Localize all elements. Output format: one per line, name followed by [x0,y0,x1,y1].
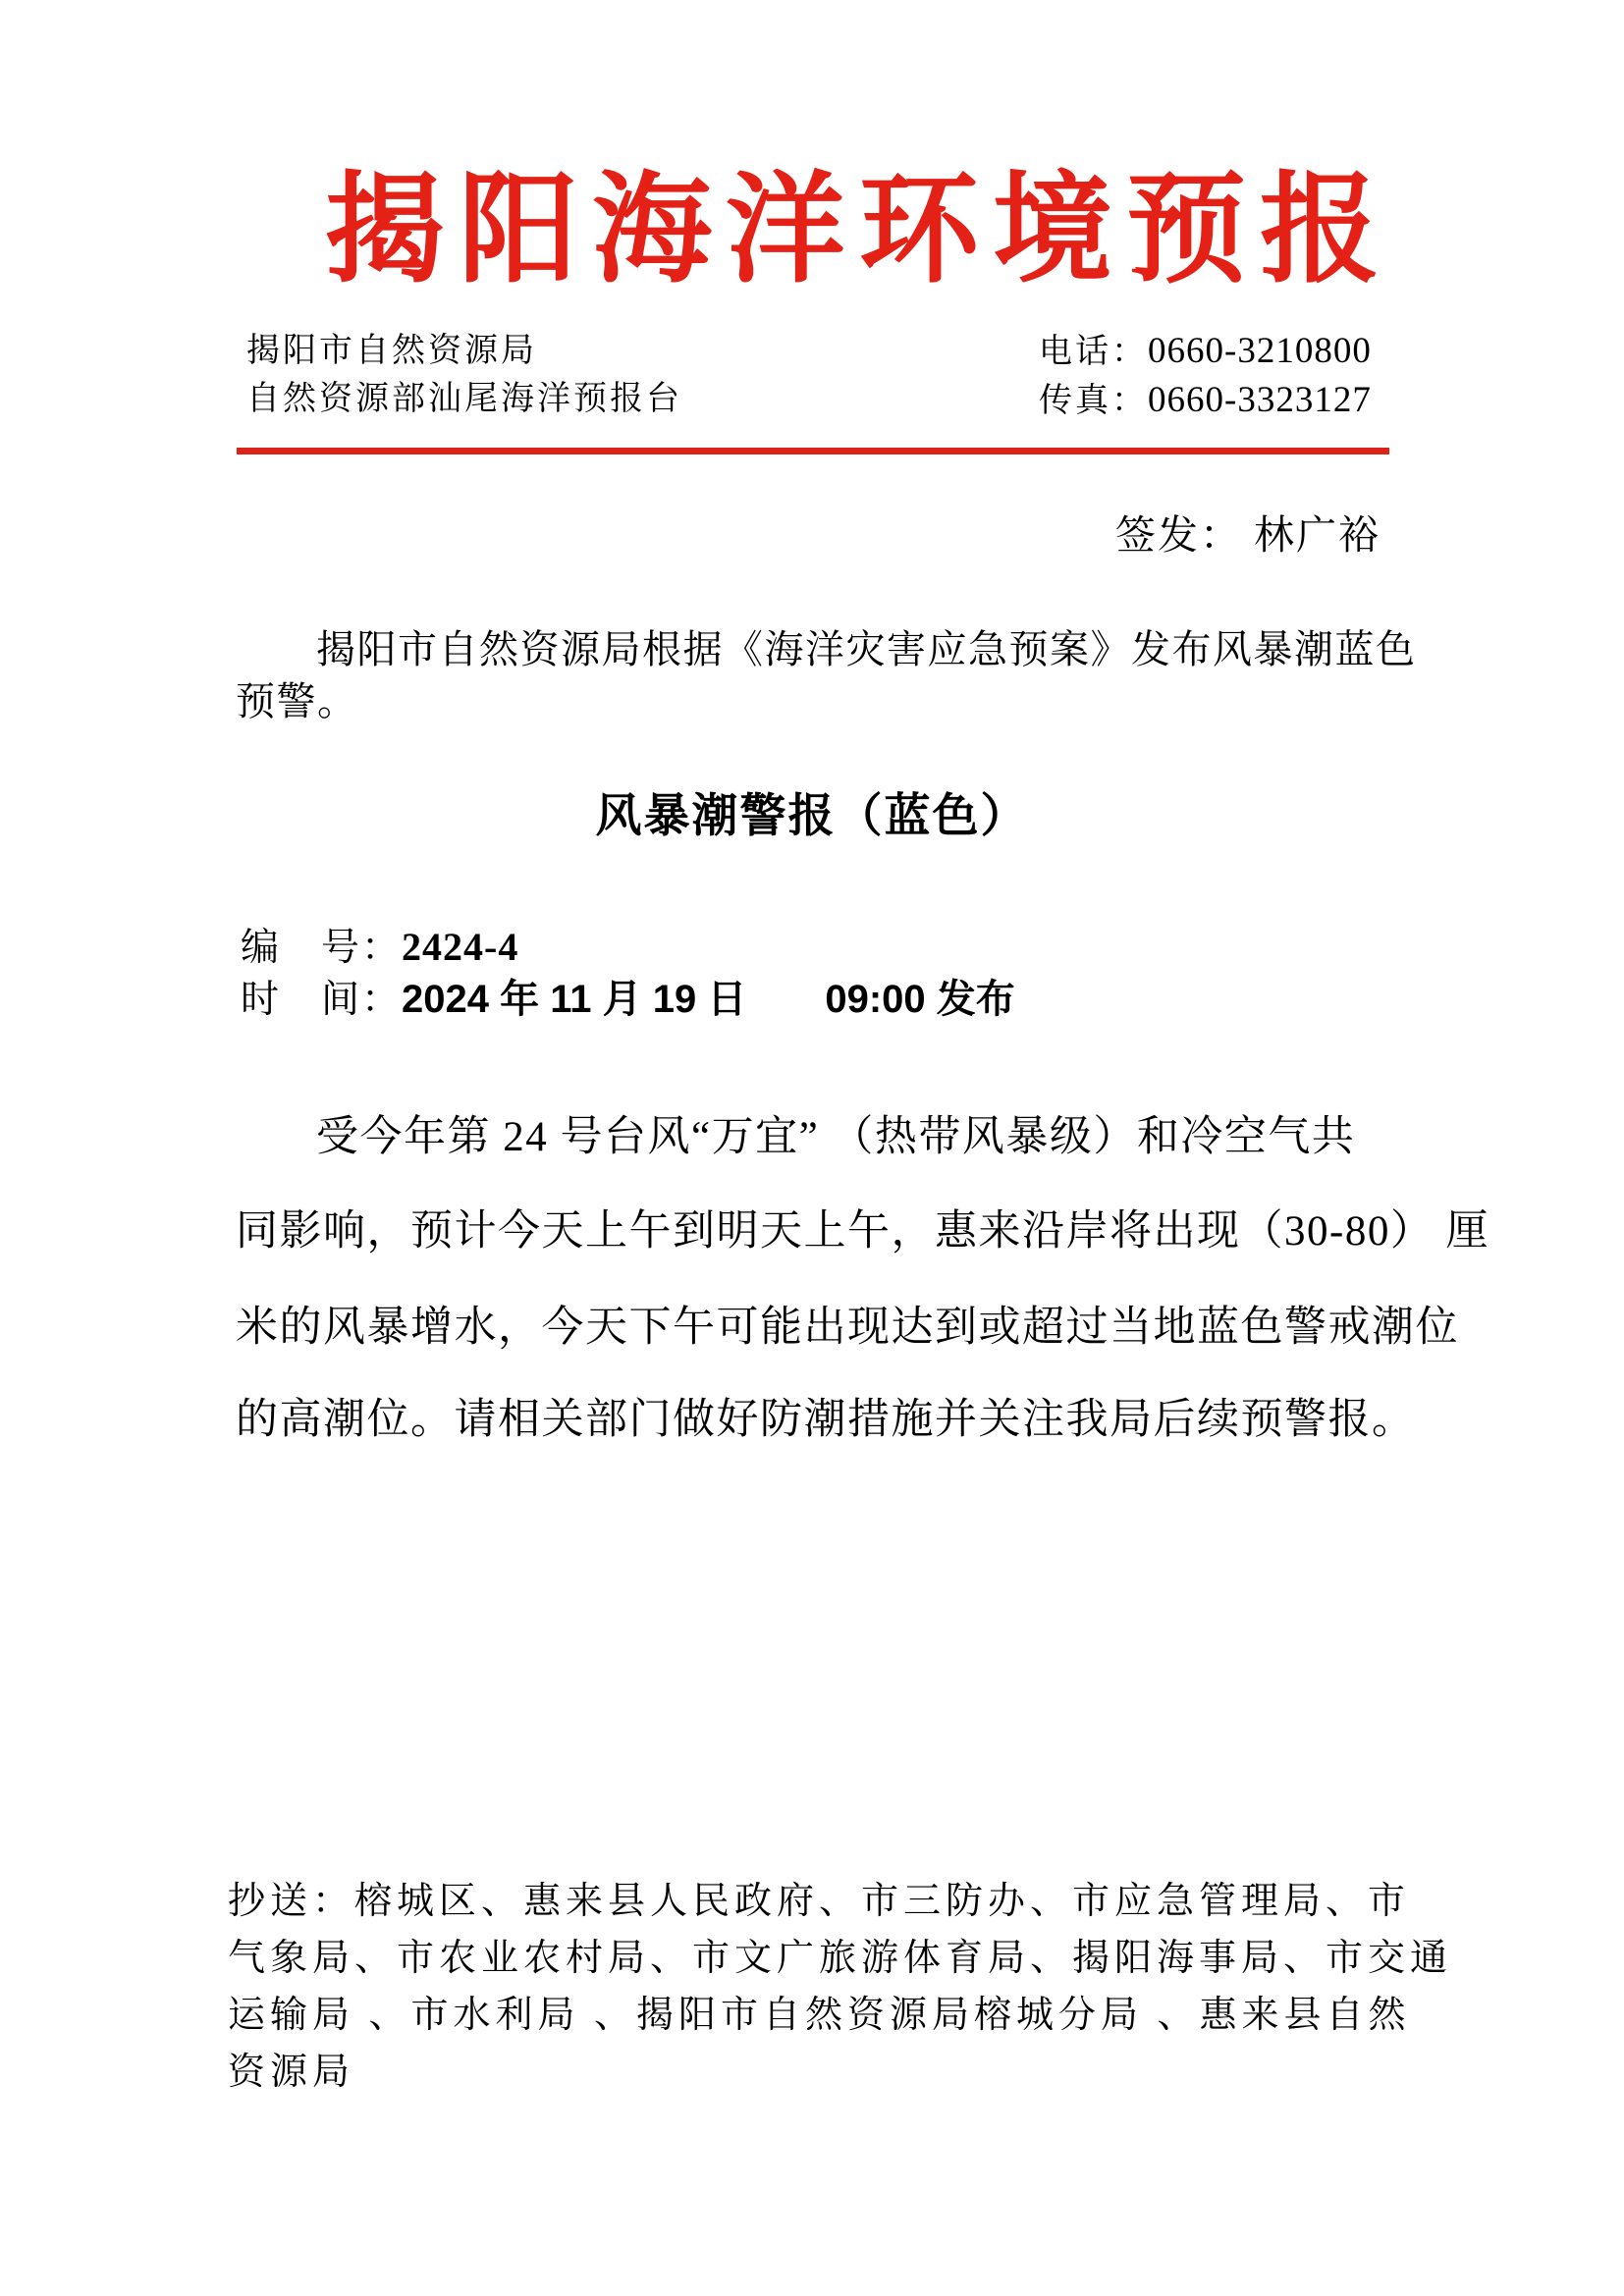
cc-list-line: 运输局 、市水利局 、揭阳市自然资源局榕城分局 、惠来县自然 [228,1987,1452,2044]
report-time-line: 时 间：2024 年 11 月 19 日09:00 发布 [241,968,1015,1024]
issuer-label: 签发： [1115,512,1242,558]
issuing-org-block: 揭阳市自然资源局 自然资源部汕尾海洋预报台 [246,327,682,423]
issuer-line: 签发：林广裕 [1115,503,1380,561]
report-number-value: 2424-4 [402,925,518,969]
report-number-line: 编 号：2424-4 [241,917,518,972]
fax-line: 传真：0660-3323127 [1039,376,1372,425]
cc-list-line: 资源局 [228,2044,1452,2101]
intro-paragraph-line: 预警。 [236,670,358,726]
report-time-label: 时 间： [241,979,402,1021]
forecast-body-line: 同影响，预计今天上午到明天上午，惠来沿岸将出现（30-80） 厘 [236,1198,1489,1257]
document-page: 揭阳海洋环境预报 揭阳市自然资源局 自然资源部汕尾海洋预报台 电话：0660-3… [0,0,1624,2296]
document-title: 揭阳海洋环境预报 [295,165,1424,299]
cc-list-line: 气象局、市农业农村局、市文广旅游体育局、揭阳海事局、市交通 [228,1930,1452,1987]
report-date-value: 2024 年 11 月 19 日 [402,978,746,1021]
cc-list-line: 抄送：榕城区、惠来县人民政府、市三防办、市应急管理局、市 [228,1873,1452,1930]
forecast-body-line: 受今年第 24 号台风“万宜” （热带风暴级）和冷空气共 [316,1103,1355,1163]
org-name-primary: 揭阳市自然资源局 [246,327,682,375]
forecast-body-line: 米的风暴增水，今天下午可能出现达到或超过当地蓝色警戒潮位 [236,1294,1459,1354]
intro-paragraph-line: 揭阳市自然资源局根据《海洋灾害应急预案》发布风暴潮蓝色 [316,618,1417,674]
report-number-label: 编 号： [241,927,402,969]
issuer-name: 林广裕 [1254,512,1380,558]
masthead-divider-rule [237,448,1389,454]
contact-block: 电话：0660-3210800 传真：0660-3323127 [1039,327,1372,425]
forecast-body-line: 的高潮位。请相关部门做好防潮措施并关注我局后续预警报。 [236,1386,1416,1446]
fax-label: 传真： [1039,383,1148,419]
report-release-time: 09:00 发布 [825,978,1014,1021]
alert-heading: 风暴潮警报（蓝色） [0,779,1624,845]
phone-label: 电话： [1039,334,1148,370]
cc-list-block: 抄送：榕城区、惠来县人民政府、市三防办、市应急管理局、市 气象局、市农业农村局、… [228,1873,1452,2101]
phone-number: 0660-3210800 [1148,331,1372,371]
org-name-secondary: 自然资源部汕尾海洋预报台 [246,375,682,423]
phone-line: 电话：0660-3210800 [1039,327,1372,376]
fax-number: 0660-3323127 [1148,380,1372,420]
